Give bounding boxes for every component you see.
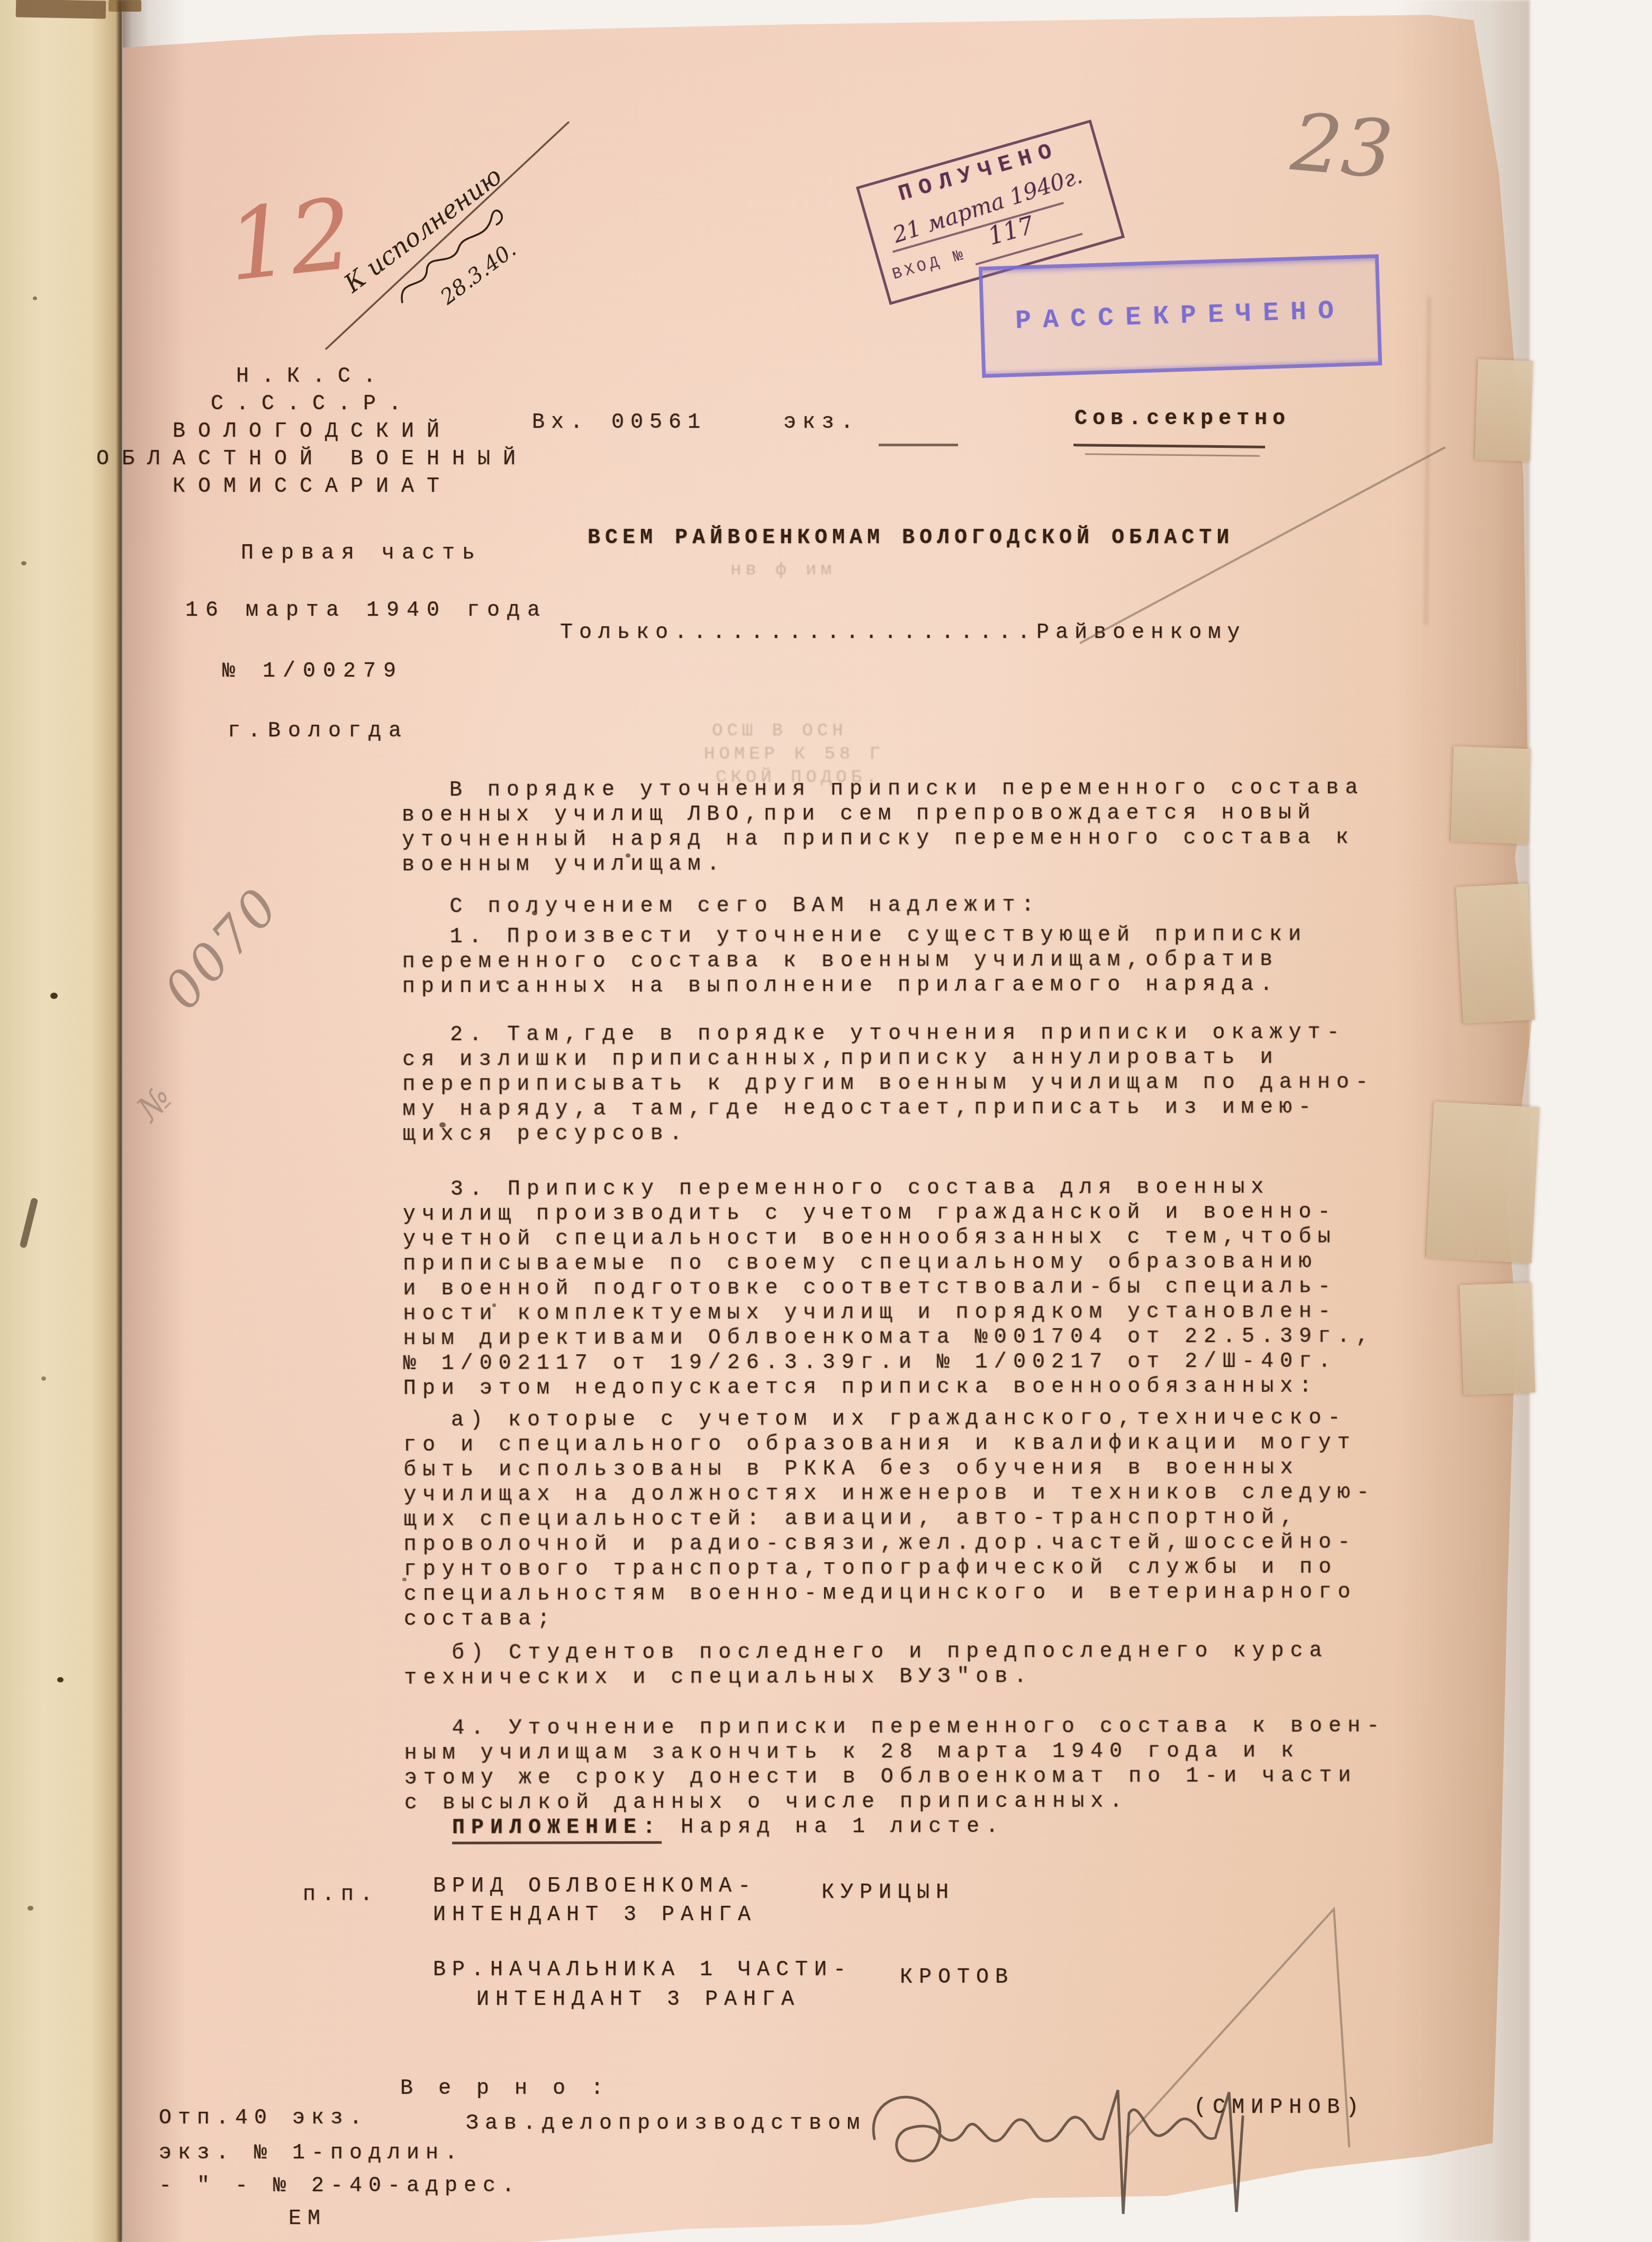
body-line: состава; xyxy=(4,1605,1376,1633)
body-line: учетной специальности военнообязанных с … xyxy=(3,1224,1375,1253)
body-line: приписанных на выполнение прилагаемого н… xyxy=(3,973,1307,1001)
body-line: уточненный наряд на приписку переменного… xyxy=(2,825,1364,854)
clerk-title: Зав.делопроизводством xyxy=(466,2111,866,2136)
secrecy-label: Сов.секретно xyxy=(1075,407,1290,431)
tape-repair xyxy=(1474,359,1533,462)
body-line: щихся ресурсов. xyxy=(3,1120,1375,1148)
signer1-name: КУРИЦЫН xyxy=(822,1880,955,1905)
body-line: щих специальностей: авиации, авто-трансп… xyxy=(4,1505,1375,1534)
body-line: этому же сроку донести в Облвоенкомат по… xyxy=(5,1763,1386,1792)
letterhead-lines: Н.К.С.С.С.С.Р.ВОЛОГОДСКИЙОБЛАСТНОЙ ВОЕНН… xyxy=(0,364,625,502)
binding-fragment xyxy=(16,0,106,19)
body-line: специальностям военно-медицинского и вет… xyxy=(4,1580,1376,1608)
signer1-role: ВРИД ОБЛВОЕНКОМА- xyxy=(433,1874,757,1899)
body-line: В порядке уточнения приписки переменного… xyxy=(2,776,1364,804)
only-to-line: Только...................Райвоенкому xyxy=(560,620,1246,645)
body-line: ным училищам закончить к 28 марта 1940 г… xyxy=(5,1739,1386,1767)
verno-label: В е р н о : xyxy=(400,2076,610,2101)
body-line: 1. Произвести уточнение существующей при… xyxy=(3,923,1307,951)
paragraph: 1. Произвести уточнение существующей при… xyxy=(3,923,1308,1001)
underlined-label: ПРИЛОЖЕНИЕ: xyxy=(452,1816,662,1844)
paper-speck xyxy=(28,1906,33,1911)
body-line: ным директивами Облвоенкомата №001704 от… xyxy=(4,1324,1375,1353)
ghost-line: НОМЕР К 58 Г xyxy=(704,744,884,764)
letterhead-line: ВОЛОГОДСКИЙ xyxy=(0,419,625,447)
body-line: ПРИЛОЖЕНИЕ: Наряд на 1 листе. xyxy=(5,1813,1386,1842)
paper-speck xyxy=(33,296,37,300)
body-line: училищах на должностях инженеров и техни… xyxy=(4,1480,1375,1509)
incoming-label: Вх. xyxy=(532,410,589,435)
body-line: 4. Уточнение приписки переменного состав… xyxy=(4,1714,1385,1742)
paragraph: б) Студентов последнего и предпоследнего… xyxy=(4,1639,1328,1692)
tape-repair xyxy=(1425,1102,1539,1263)
letterhead-part: Первая часть xyxy=(241,541,482,566)
pp-abbrev: п.п. xyxy=(303,1883,379,1907)
red-pencil-number: 12 xyxy=(222,176,358,303)
body-line: переприписывать к другим военным училища… xyxy=(3,1070,1374,1099)
paragraph: 4. Уточнение приписки переменного состав… xyxy=(4,1714,1386,1842)
incoming-number: 00561 xyxy=(611,410,707,435)
letterhead-line: ОБЛАСТНОЙ ВОЕННЫЙ xyxy=(0,447,625,474)
body-line: приписываемые по своему специальному обр… xyxy=(3,1249,1375,1278)
body-line: ности комплектуемых училищ и порядком ус… xyxy=(3,1299,1375,1328)
body-line: С получением сего ВАМ надлежит: xyxy=(2,893,1040,921)
body-line: б) Студентов последнего и предпоследнего… xyxy=(4,1639,1328,1668)
body-line: переменного состава к военным училищам,о… xyxy=(3,948,1307,976)
signer2-name: КРОТОВ xyxy=(900,1965,1014,1990)
copy1-note: экз. № 1-подлин. xyxy=(159,2141,464,2166)
declassified-stamp-text: РАССЕКРЕЧЕНО xyxy=(982,258,1378,374)
scanned-document: 23 12 К исполнению 28.3.40. 0070 № ПОЛУЧ… xyxy=(0,0,1652,2242)
copy-number-blank xyxy=(879,444,958,446)
signer2-role: ВР.НАЧАЛЬНИКА 1 ЧАСТИ- xyxy=(433,1958,852,1983)
paragraph: 3. Приписку переменного состава для воен… xyxy=(3,1175,1375,1402)
body-line: военных училищ ЛВО,при сем препровождает… xyxy=(2,800,1364,829)
body-line: го и специального образования и квалифик… xyxy=(4,1430,1375,1459)
letterhead-line: С.С.С.Р. xyxy=(0,392,625,419)
smirnov-name: (СМИРНОВ) xyxy=(1194,2095,1365,2120)
signer1-rank: ИНТЕНДАНТ 3 РАНГА xyxy=(433,1903,757,1928)
typist-initials: ЕМ xyxy=(288,2207,327,2231)
body-line: и военной подготовке соответствовали-бы … xyxy=(3,1274,1375,1303)
signer2-rank: ИНТЕНДАНТ 3 РАНГА xyxy=(476,1987,800,2012)
letterhead-number: № 1/00279 xyxy=(222,659,403,684)
tape-repair xyxy=(1450,746,1531,844)
ghost-line: нв ф им xyxy=(730,560,836,580)
copy2-note: - " - № 2-40-адрес. xyxy=(159,2174,521,2199)
body-line: военным училищам. xyxy=(2,850,1364,879)
letterhead-line: КОМИССАРИАТ xyxy=(0,474,625,502)
paragraph: а) которые с учетом их гражданского,техн… xyxy=(4,1406,1376,1633)
letterhead-line: Н.К.С. xyxy=(0,364,625,392)
letterhead-city: г.Вологда xyxy=(228,719,409,744)
paragraph: В порядке уточнения приписки переменного… xyxy=(2,776,1365,879)
tape-repair xyxy=(1459,1283,1535,1395)
body-line: грунтового транспорта,топографической сл… xyxy=(4,1555,1376,1583)
body-line: быть использованы в РККА без обучения в … xyxy=(4,1455,1375,1484)
body-line: технических и специальных ВУЗ"ов. xyxy=(4,1664,1328,1692)
paragraph: С получением сего ВАМ надлежит: xyxy=(2,893,1040,921)
ghost-line: ОСШ В ОСН xyxy=(712,721,847,741)
body-line: При этом недопускается приписка военнооб… xyxy=(4,1374,1375,1402)
body-line: с высылкой данных о числе приписанных. xyxy=(5,1788,1386,1817)
body-line: 2. Там,где в порядке уточнения приписки … xyxy=(3,1020,1374,1049)
tape-repair xyxy=(1455,884,1534,1024)
declassified-stamp: РАССЕКРЕЧЕНО xyxy=(979,254,1382,378)
letterhead-date: 16 марта 1940 года xyxy=(185,598,547,623)
body-line: проволочной и радио-связи,жел.дор.частей… xyxy=(4,1530,1376,1559)
addressee-line: ВСЕМ РАЙВОЕНКОМАМ ВОЛОГОДСКОЙ ОБЛАСТИ xyxy=(588,526,1234,551)
paper-speck xyxy=(21,561,26,565)
received-stamp-entry-label: ВХОД № xyxy=(890,246,969,284)
paragraph: 2. Там,где в порядке уточнения приписки … xyxy=(3,1020,1375,1148)
copy-label: экз. xyxy=(783,410,860,435)
body-line: ся излишки приписанных,приписку аннулиро… xyxy=(3,1045,1374,1074)
page-number-pencil: 23 xyxy=(1288,96,1396,197)
body-line: 3. Приписку переменного состава для воен… xyxy=(3,1175,1375,1203)
print-count: Отп.40 экз. xyxy=(159,2106,368,2131)
body-line: а) которые с учетом их гражданского,техн… xyxy=(4,1406,1375,1434)
body-line: училищ производить с учетом гражданской … xyxy=(3,1200,1375,1228)
body-line: му наряду,а там,где недостает,приписать … xyxy=(3,1095,1374,1123)
body-line: № 1/002117 от 19/26.3.39г.и № 1/00217 от… xyxy=(4,1349,1375,1377)
